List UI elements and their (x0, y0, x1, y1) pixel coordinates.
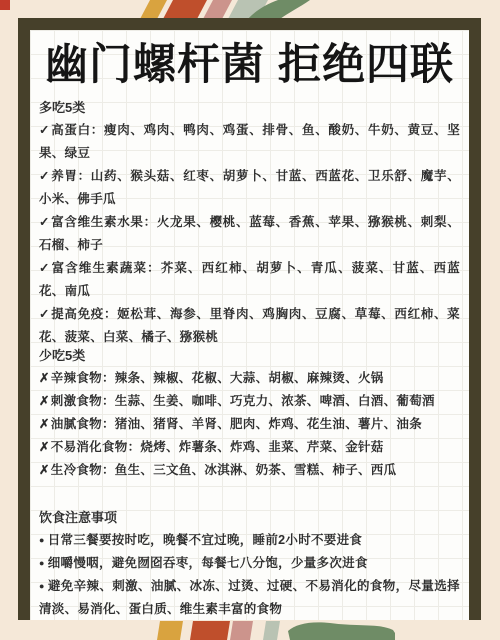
category-label: 油腻食物： (51, 417, 115, 431)
category-foods: 生蒜、生姜、咖啡、巧克力、浓茶、啤酒、白酒、葡萄酒 (115, 394, 435, 408)
food-category-row: ✓高蛋白：瘦肉、鸡肉、鸭肉、鸡蛋、排骨、鱼、酸奶、牛奶、黄豆、坚果、绿豆 (39, 119, 460, 165)
category-foods: 烧烤、炸薯条、炸鸡、韭菜、芹菜、金针菇 (140, 440, 383, 454)
note-text: 避免辛辣、刺激、油腻、冰冻、过烫、过硬、不易消化的食物，尽量选择清淡、易消化、蛋… (39, 579, 460, 616)
section-diet-notes: 饮食注意事项 ●日常三餐要按时吃，晚餐不宜过晚，睡前2小时不要进食 ●细嚼慢咽，… (39, 506, 460, 620)
category-label: 生冷食物： (51, 463, 115, 477)
category-foods: 猪油、猪肾、羊肾、肥肉、炸鸡、花生油、薯片、油条 (115, 417, 422, 431)
section-eat-more: 多吃5类 ✓高蛋白：瘦肉、鸡肉、鸭肉、鸡蛋、排骨、鱼、酸奶、牛奶、黄豆、坚果、绿… (39, 96, 460, 349)
category-label: 提高免疫： (51, 307, 117, 321)
note-text: 细嚼慢咽，避免囫囵吞枣，每餐七八分饱，少量多次进食 (48, 556, 368, 570)
page-title: 幽门螺杆菌 拒绝四联 (30, 40, 469, 90)
eat-more-heading: 多吃5类 (39, 96, 460, 119)
check-icon: ✓ (39, 307, 50, 321)
note-text: 日常三餐要按时吃，晚餐不宜过晚，睡前2小时不要进食 (48, 533, 362, 547)
food-category-row: ✗油腻食物：猪油、猪肾、羊肾、肥肉、炸鸡、花生油、薯片、油条 (39, 413, 460, 436)
eat-less-heading: 少吃5类 (39, 344, 460, 367)
cross-icon: ✗ (39, 440, 50, 454)
note-row: ●细嚼慢咽，避免囫囵吞枣，每餐七八分饱，少量多次进食 (39, 552, 460, 575)
food-category-row: ✓富含维生素蔬菜：芥菜、西红柿、胡萝卜、青瓜、菠菜、甘蓝、西蓝花、南瓜 (39, 257, 460, 303)
category-foods: 山药、猴头菇、红枣、胡萝卜、甘蓝、西蓝花、卫乐舒、魔芋、小米、佛手瓜 (39, 169, 460, 206)
check-icon: ✓ (39, 215, 50, 229)
bullet-icon: ● (39, 581, 45, 591)
food-category-row: ✓养胃：山药、猴头菇、红枣、胡萝卜、甘蓝、西蓝花、卫乐舒、魔芋、小米、佛手瓜 (39, 165, 460, 211)
bullet-icon: ● (39, 558, 45, 568)
food-category-row: ✓提高免疫：姬松茸、海参、里脊肉、鸡胸肉、豆腐、草莓、西红柿、菜花、菠菜、白菜、… (39, 303, 460, 349)
note-row: ●避免辛辣、刺激、油腻、冰冻、过烫、过硬、不易消化的食物，尽量选择清淡、易消化、… (39, 575, 460, 620)
bottom-stripes-decoration (150, 621, 395, 640)
category-label: 辛辣食物： (51, 371, 115, 385)
bullet-icon: ● (39, 535, 45, 545)
note-row: ●日常三餐要按时吃，晚餐不宜过晚，睡前2小时不要进食 (39, 529, 460, 552)
food-category-row: ✗辛辣食物：辣条、辣椒、花椒、大蒜、胡椒、麻辣烫、火锅 (39, 367, 460, 390)
category-label: 养胃： (51, 169, 91, 183)
cross-icon: ✗ (39, 371, 50, 385)
cross-icon: ✗ (39, 417, 50, 431)
category-label: 刺激食物： (51, 394, 115, 408)
section-eat-less: 少吃5类 ✗辛辣食物：辣条、辣椒、花椒、大蒜、胡椒、麻辣烫、火锅 ✗刺激食物：生… (39, 344, 460, 482)
poster: 幽门螺杆菌 拒绝四联 多吃5类 ✓高蛋白：瘦肉、鸡肉、鸭肉、鸡蛋、排骨、鱼、酸奶… (0, 0, 500, 640)
food-category-row: ✗不易消化食物：烧烤、炸薯条、炸鸡、韭菜、芹菜、金针菇 (39, 436, 460, 459)
category-foods: 辣条、辣椒、花椒、大蒜、胡椒、麻辣烫、火锅 (115, 371, 384, 385)
check-icon: ✓ (39, 261, 51, 275)
check-icon: ✓ (39, 123, 50, 137)
category-foods: 鱼生、三文鱼、冰淇淋、奶茶、雪糕、柿子、西瓜 (115, 463, 397, 477)
category-label: 富含维生素水果： (51, 215, 157, 229)
cross-icon: ✗ (39, 394, 50, 408)
cross-icon: ✗ (39, 463, 50, 477)
food-category-row: ✗刺激食物：生蒜、生姜、咖啡、巧克力、浓茶、啤酒、白酒、葡萄酒 (39, 390, 460, 413)
check-icon: ✓ (39, 169, 50, 183)
food-category-row: ✓富含维生素水果：火龙果、樱桃、蓝莓、香蕉、苹果、猕猴桃、刺梨、石榴、柿子 (39, 211, 460, 257)
content-card: 幽门螺杆菌 拒绝四联 多吃5类 ✓高蛋白：瘦肉、鸡肉、鸭肉、鸡蛋、排骨、鱼、酸奶… (18, 18, 481, 620)
corner-accent (0, 0, 10, 10)
category-label: 高蛋白： (51, 123, 104, 137)
category-label: 富含维生素蔬菜： (52, 261, 161, 275)
top-stripes-decoration (130, 0, 325, 19)
food-category-row: ✗生冷食物：鱼生、三文鱼、冰淇淋、奶茶、雪糕、柿子、西瓜 (39, 459, 460, 482)
diet-notes-heading: 饮食注意事项 (39, 506, 460, 529)
category-label: 不易消化食物： (51, 440, 141, 454)
